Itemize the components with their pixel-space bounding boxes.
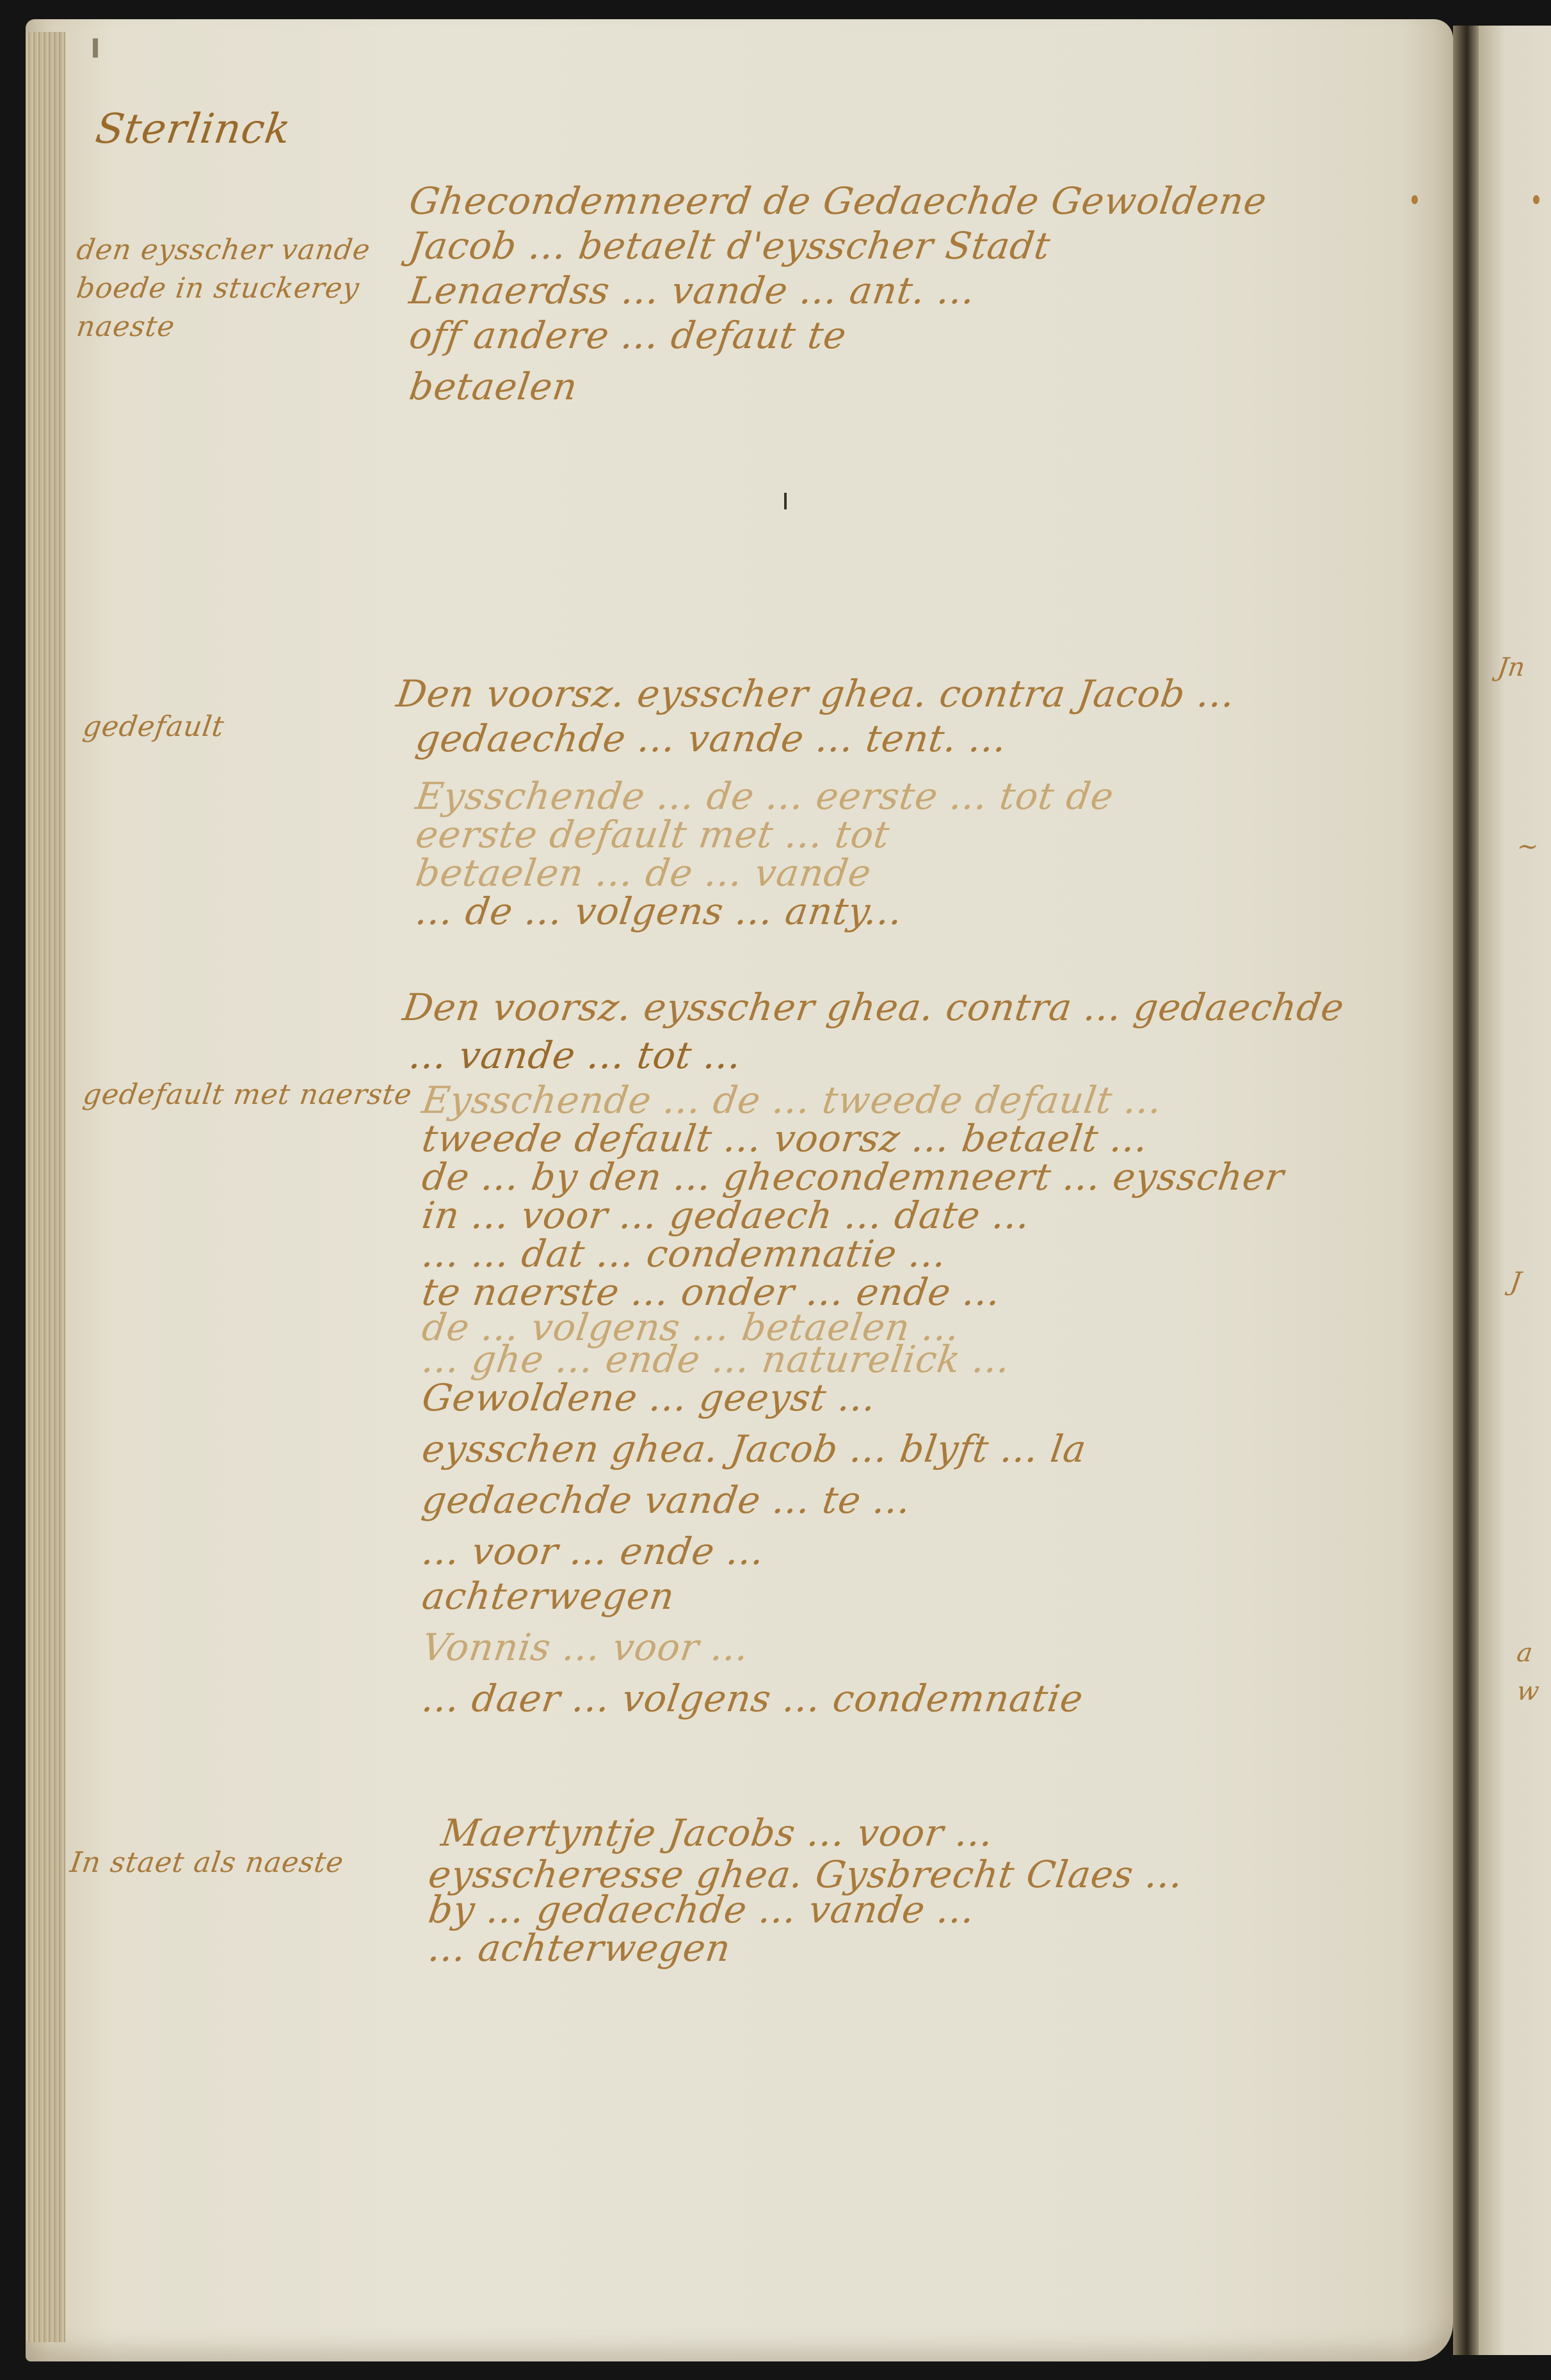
margin-note-1c: naeste [74,310,177,344]
entry-4-line-3: by ... gedaechde ... vande ... [426,1888,977,1931]
entry-3-line-14: ... voor ... ende ... [419,1529,767,1573]
facing-page-fragment-2: ~ [1515,832,1541,861]
entry-3-line-13: gedaechde vande ... te ... [419,1478,913,1522]
entry-3-line-6: in ... voor ... gedaech ... date ... [419,1194,1033,1237]
entry-2-line-2: gedaechde ... vande ... tent. ... [413,717,1009,760]
entry-1-line-4: off andere ... defaut te [406,314,849,357]
page-heading: Sterlinck [93,106,294,153]
entry-3-line-12: eysschen ghea. Jacob ... blyft ... la [419,1427,1089,1471]
margin-note-4: In staet als naeste [68,1846,346,1880]
page-stain [93,38,98,58]
book-gutter [1453,26,1479,2355]
entry-1-line-1: Ghecondemneerd de Gedaechde Gewoldene [406,179,1269,223]
margin-note-1b: boede in stuckerey [74,272,361,305]
margin-note-2: gedefault [81,710,226,744]
facing-page-fragment-1: Jn [1496,653,1527,682]
entry-3-line-4: tweede default ... voorsz ... betaelt ..… [419,1117,1151,1160]
entry-3-line-10: ... ghe ... ende ... naturelick ... [419,1338,1013,1381]
entry-2-line-4: eerste default met ... tot [413,813,892,856]
entry-2-line-1: Den voorsz. eysscher ghea. contra Jacob … [394,672,1238,715]
entry-1-line-2: Jacob ... betaelt d'eysscher Stadt [406,224,1053,268]
margin-note-1a: den eysscher vande [74,234,373,267]
entry-2-line-3: Eysschende ... de ... eerste ... tot de [413,774,1116,818]
entry-3-line-11: Gewoldene ... geeyst ... [419,1376,879,1419]
entry-4-line-4: ... achterwegen [426,1926,734,1970]
entry-3-line-7: ... ... dat ... condemnatie ... [419,1232,949,1275]
ink-blot [1411,195,1418,204]
entry-3-line-2: ... vande ... tot ... [406,1034,744,1077]
stacked-leaf-edges [26,32,65,2342]
entry-4-line-1: Maertyntje Jacobs ... voor ... [438,1811,996,1855]
entry-2-line-5: betaelen ... de ... vande [413,851,874,895]
ink-blot-facing [1533,195,1539,204]
facing-page [1479,26,1551,2355]
facing-page-fragment-5: w [1515,1677,1541,1706]
entry-3-line-3: Eysschende ... de ... tweede default ... [419,1078,1165,1122]
entry-3-line-15: achterwegen [419,1574,677,1618]
entry-2-line-6: ... de ... volgens ... anty... [413,890,906,933]
entry-1-line-5: betaelen [406,365,580,408]
entry-3-line-16: Vonnis ... voor ... [419,1625,751,1669]
entry-3-line-17: ... daer ... volgens ... condemnatie [419,1677,1086,1720]
entry-3-line-1: Den voorsz. eysscher ghea. contra ... ge… [400,986,1347,1029]
paper-fleck [784,493,787,509]
entry-1-line-3: Lenaerdss ... vande ... ant. ... [406,269,978,312]
margin-note-3: gedefault met naerste [81,1078,414,1112]
entry-3-line-5: de ... by den ... ghecondemneert ... eys… [419,1155,1287,1199]
